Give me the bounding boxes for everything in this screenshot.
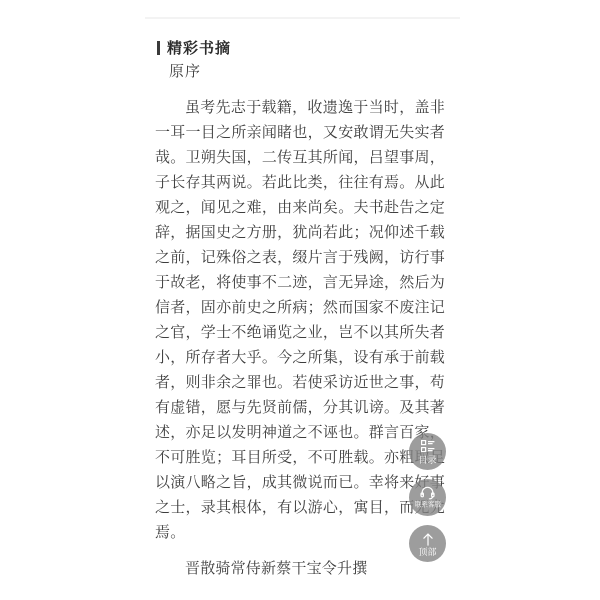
back-to-top-button[interactable]: 顶部 (409, 525, 446, 562)
book-excerpt-page: 精彩书摘 原序 虽考先志于载籍，收遗逸于当时，盖非一耳一目之所亲闻睹也，又安敢谓… (140, 0, 460, 600)
toc-button[interactable]: 目录 (409, 433, 446, 470)
toc-button-label: 目录 (418, 455, 436, 465)
section-title: 精彩书摘 (167, 37, 231, 58)
chapter-title: 原序 (169, 60, 201, 81)
section-header: 精彩书摘 (157, 37, 231, 58)
author-attribution: 晋散骑常侍新蔡干宝令升撰 (155, 556, 445, 581)
excerpt-paragraph: 虽考先志于载籍，收遗逸于当时，盖非一耳一目之所亲闻睹也，又安敢谓无失实者哉。卫朔… (155, 95, 445, 545)
headset-icon (420, 486, 435, 500)
section-header-accent-bar (157, 41, 160, 55)
contact-service-label: 联系客服 (414, 501, 440, 509)
floating-button-stack: 目录 联系客服 顶部 (409, 433, 446, 562)
top-divider (145, 17, 460, 19)
back-to-top-label: 顶部 (418, 547, 436, 557)
contact-service-button[interactable]: 联系客服 (409, 479, 446, 516)
arrow-up-icon (421, 532, 435, 546)
catalog-list-icon (421, 440, 435, 454)
